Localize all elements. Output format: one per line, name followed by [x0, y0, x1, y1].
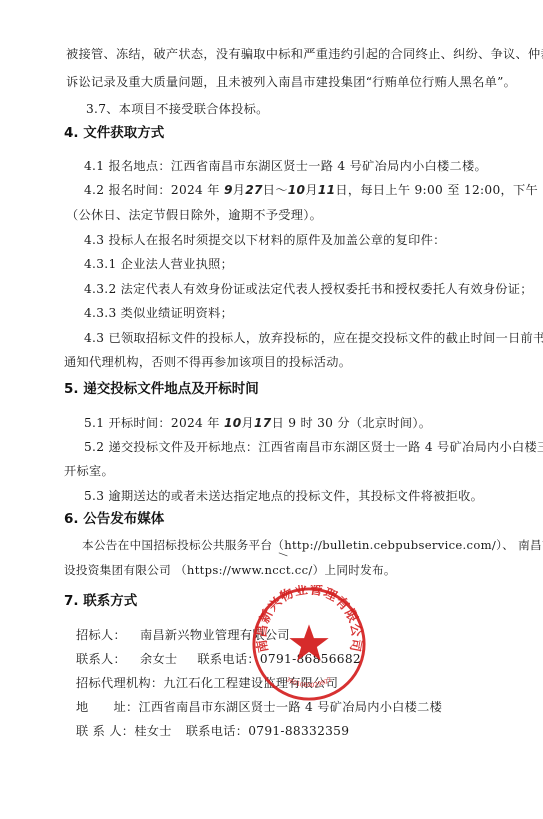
- handwritten-start-month: 9: [224, 183, 233, 197]
- item-4-2-suffix: 日，每日上午 9:00 至 12:00，下午 14:00 至 17:00: [335, 183, 543, 197]
- agency-label: 招标代理机构：: [76, 676, 163, 690]
- section5-heading: 5. 递交投标文件地点及开标时间: [64, 380, 259, 398]
- item-4-2-continued: （公休日、法定节假日除外，逾期不予受理）。: [66, 207, 322, 223]
- address-label: 地 址：: [76, 700, 139, 714]
- item-5-1-prefix: 5.1 开标时间：2024 年: [84, 416, 224, 430]
- contact1-name: 余女士: [140, 652, 177, 666]
- item-5-2-line1: 5.2 递交投标文件及开标地点：江西省南昌市东湖区贤士一路 4 号矿冶局内小白楼…: [84, 439, 543, 455]
- section3-line1: 被接管、冻结，破产状态，没有骗取中标和严重违约引起的合同终止、纠纷、争议、仲裁和: [66, 46, 543, 62]
- item-5-1: 5.1 开标时间：2024 年 10月17日 9 时 30 分（北京时间）。: [84, 415, 431, 431]
- contact2-phone: 0791-88332359: [248, 724, 349, 738]
- item-4-1: 4.1 报名地点：江西省南昌市东湖区贤士一路 4 号矿冶局内小白楼二楼。: [84, 158, 487, 174]
- item-4-3b-line2: 通知代理机构，否则不得再参加该项目的投标活动。: [64, 354, 351, 370]
- item-5-3: 5.3 逾期送达的或者未送达指定地点的投标文件，其投标文件将被拒收。: [84, 488, 483, 504]
- item-3-7: 3.7、本项目不接受联合体投标。: [86, 101, 269, 117]
- item-4-3: 4.3 投标人在报名时须提交以下材料的原件及加盖公章的复印件：: [84, 232, 446, 248]
- section7-heading: 7. 联系方式: [64, 592, 137, 610]
- month-label: 月: [233, 183, 246, 197]
- month-label: 月: [305, 183, 318, 197]
- section6-line2: 设投资集团有限公司 （https://www.ncct.cc/）上同时发布。: [64, 562, 396, 578]
- handwritten-open-day: 17: [254, 416, 272, 430]
- contact2-phone-label: 联系电话：: [186, 724, 248, 738]
- contact2-name: 桂女士: [134, 724, 171, 738]
- section4-heading: 4. 文件获取方式: [64, 124, 164, 142]
- month-label: 月: [242, 416, 255, 430]
- item-4-3-3: 4.3.3 类似业绩证明资料；: [84, 305, 233, 321]
- handwritten-end-month: 10: [288, 183, 306, 197]
- section6-heading: 6. 公告发布媒体: [64, 510, 164, 528]
- item-4-3-2: 4.3.2 法定代表人有效身份证或法定代表人授权委托书和授权委托人有效身份证；: [84, 281, 533, 297]
- section3-line2: 诉讼记录及重大质量问题，且未被列入南昌市建投集团“行贿单位行贿人黑名单”。: [66, 74, 516, 90]
- pen-mark: —: [276, 548, 289, 562]
- handwritten-open-month: 10: [224, 416, 242, 430]
- section6-line1: 本公告在中国招标投标公共服务平台（http://bulletin.cebpubs…: [82, 537, 543, 553]
- contact2-label: 联 系 人：: [76, 724, 134, 738]
- item-4-3-1: 4.3.1 企业法人营业执照；: [84, 256, 233, 272]
- item-5-2-line2: 开标室。: [64, 463, 114, 479]
- svg-text:3601000029922: 3601000029922: [285, 677, 334, 689]
- company-seal-icon: 南昌新兴物业管理有限公司 3601000029922: [250, 585, 368, 703]
- item-4-3b-line1: 4.3 已领取招标文件的投标人，放弃投标的，应在提交投标文件的截止时间一日前书面: [84, 330, 543, 346]
- item-4-2: 4.2 报名时间：2024 年 9月27日～10月11日，每日上午 9:00 至…: [84, 182, 543, 198]
- contact1-label: 联系人：: [76, 652, 126, 666]
- handwritten-start-day: 27: [245, 183, 263, 197]
- item-5-1-suffix: 日 9 时 30 分（北京时间）。: [272, 416, 432, 430]
- item-4-2-prefix: 4.2 报名时间：2024 年: [84, 183, 224, 197]
- day-label: 日～: [263, 183, 288, 197]
- handwritten-end-day: 11: [318, 183, 336, 197]
- seal-number: 3601000029922: [285, 677, 334, 689]
- contact2-row: 联 系 人：桂女士联系电话：0791-88332359: [76, 723, 349, 739]
- tenderer-label: 招标人：: [76, 628, 126, 642]
